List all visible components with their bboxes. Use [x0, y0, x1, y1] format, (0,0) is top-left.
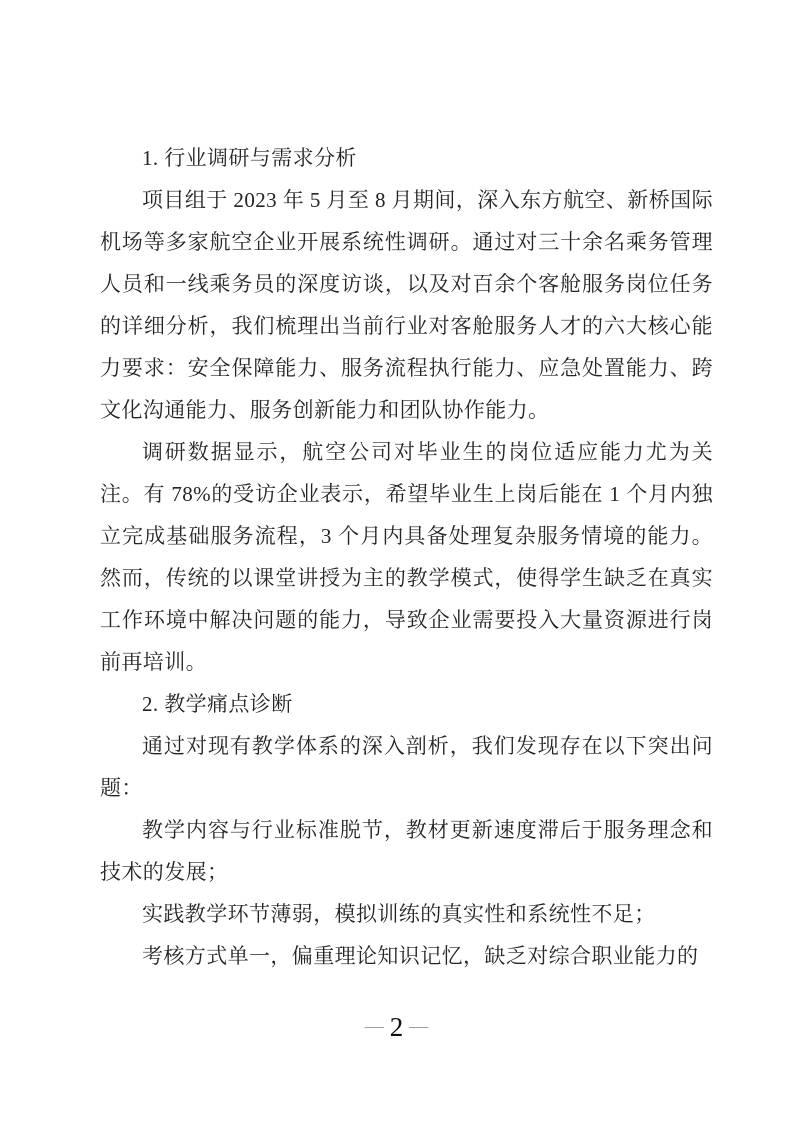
section-heading-1: 1. 行业调研与需求分析: [100, 137, 713, 179]
paragraph-survey-data: 调研数据显示，航空公司对毕业生的岗位适应能力尤为关注。有 78%的受访企业表示，…: [100, 431, 713, 683]
page-number: 2: [390, 1012, 404, 1043]
paragraph-problem-content-gap: 教学内容与行业标准脱节，教材更新速度滞后于服务理念和技术的发展；: [100, 809, 713, 893]
footer-dash-right: —: [409, 1016, 428, 1037]
paragraph-problem-assessment: 考核方式单一，偏重理论知识记忆，缺乏对综合职业能力的: [100, 935, 713, 977]
paragraph-problem-practice-weak: 实践教学环节薄弱，模拟训练的真实性和系统性不足；: [100, 893, 713, 935]
paragraph-problems-intro: 通过对现有教学体系的深入剖析，我们发现存在以下突出问题：: [100, 725, 713, 809]
footer-dash-left: —: [365, 1016, 384, 1037]
document-page: 1. 行业调研与需求分析 项目组于 2023 年 5 月至 8 月期间，深入东方…: [0, 0, 793, 1122]
paragraph-industry-research: 项目组于 2023 年 5 月至 8 月期间，深入东方航空、新桥国际机场等多家航…: [100, 179, 713, 431]
section-heading-2: 2. 教学痛点诊断: [100, 683, 713, 725]
document-body: 1. 行业调研与需求分析 项目组于 2023 年 5 月至 8 月期间，深入东方…: [100, 137, 713, 977]
page-footer: —2—: [0, 1012, 793, 1043]
